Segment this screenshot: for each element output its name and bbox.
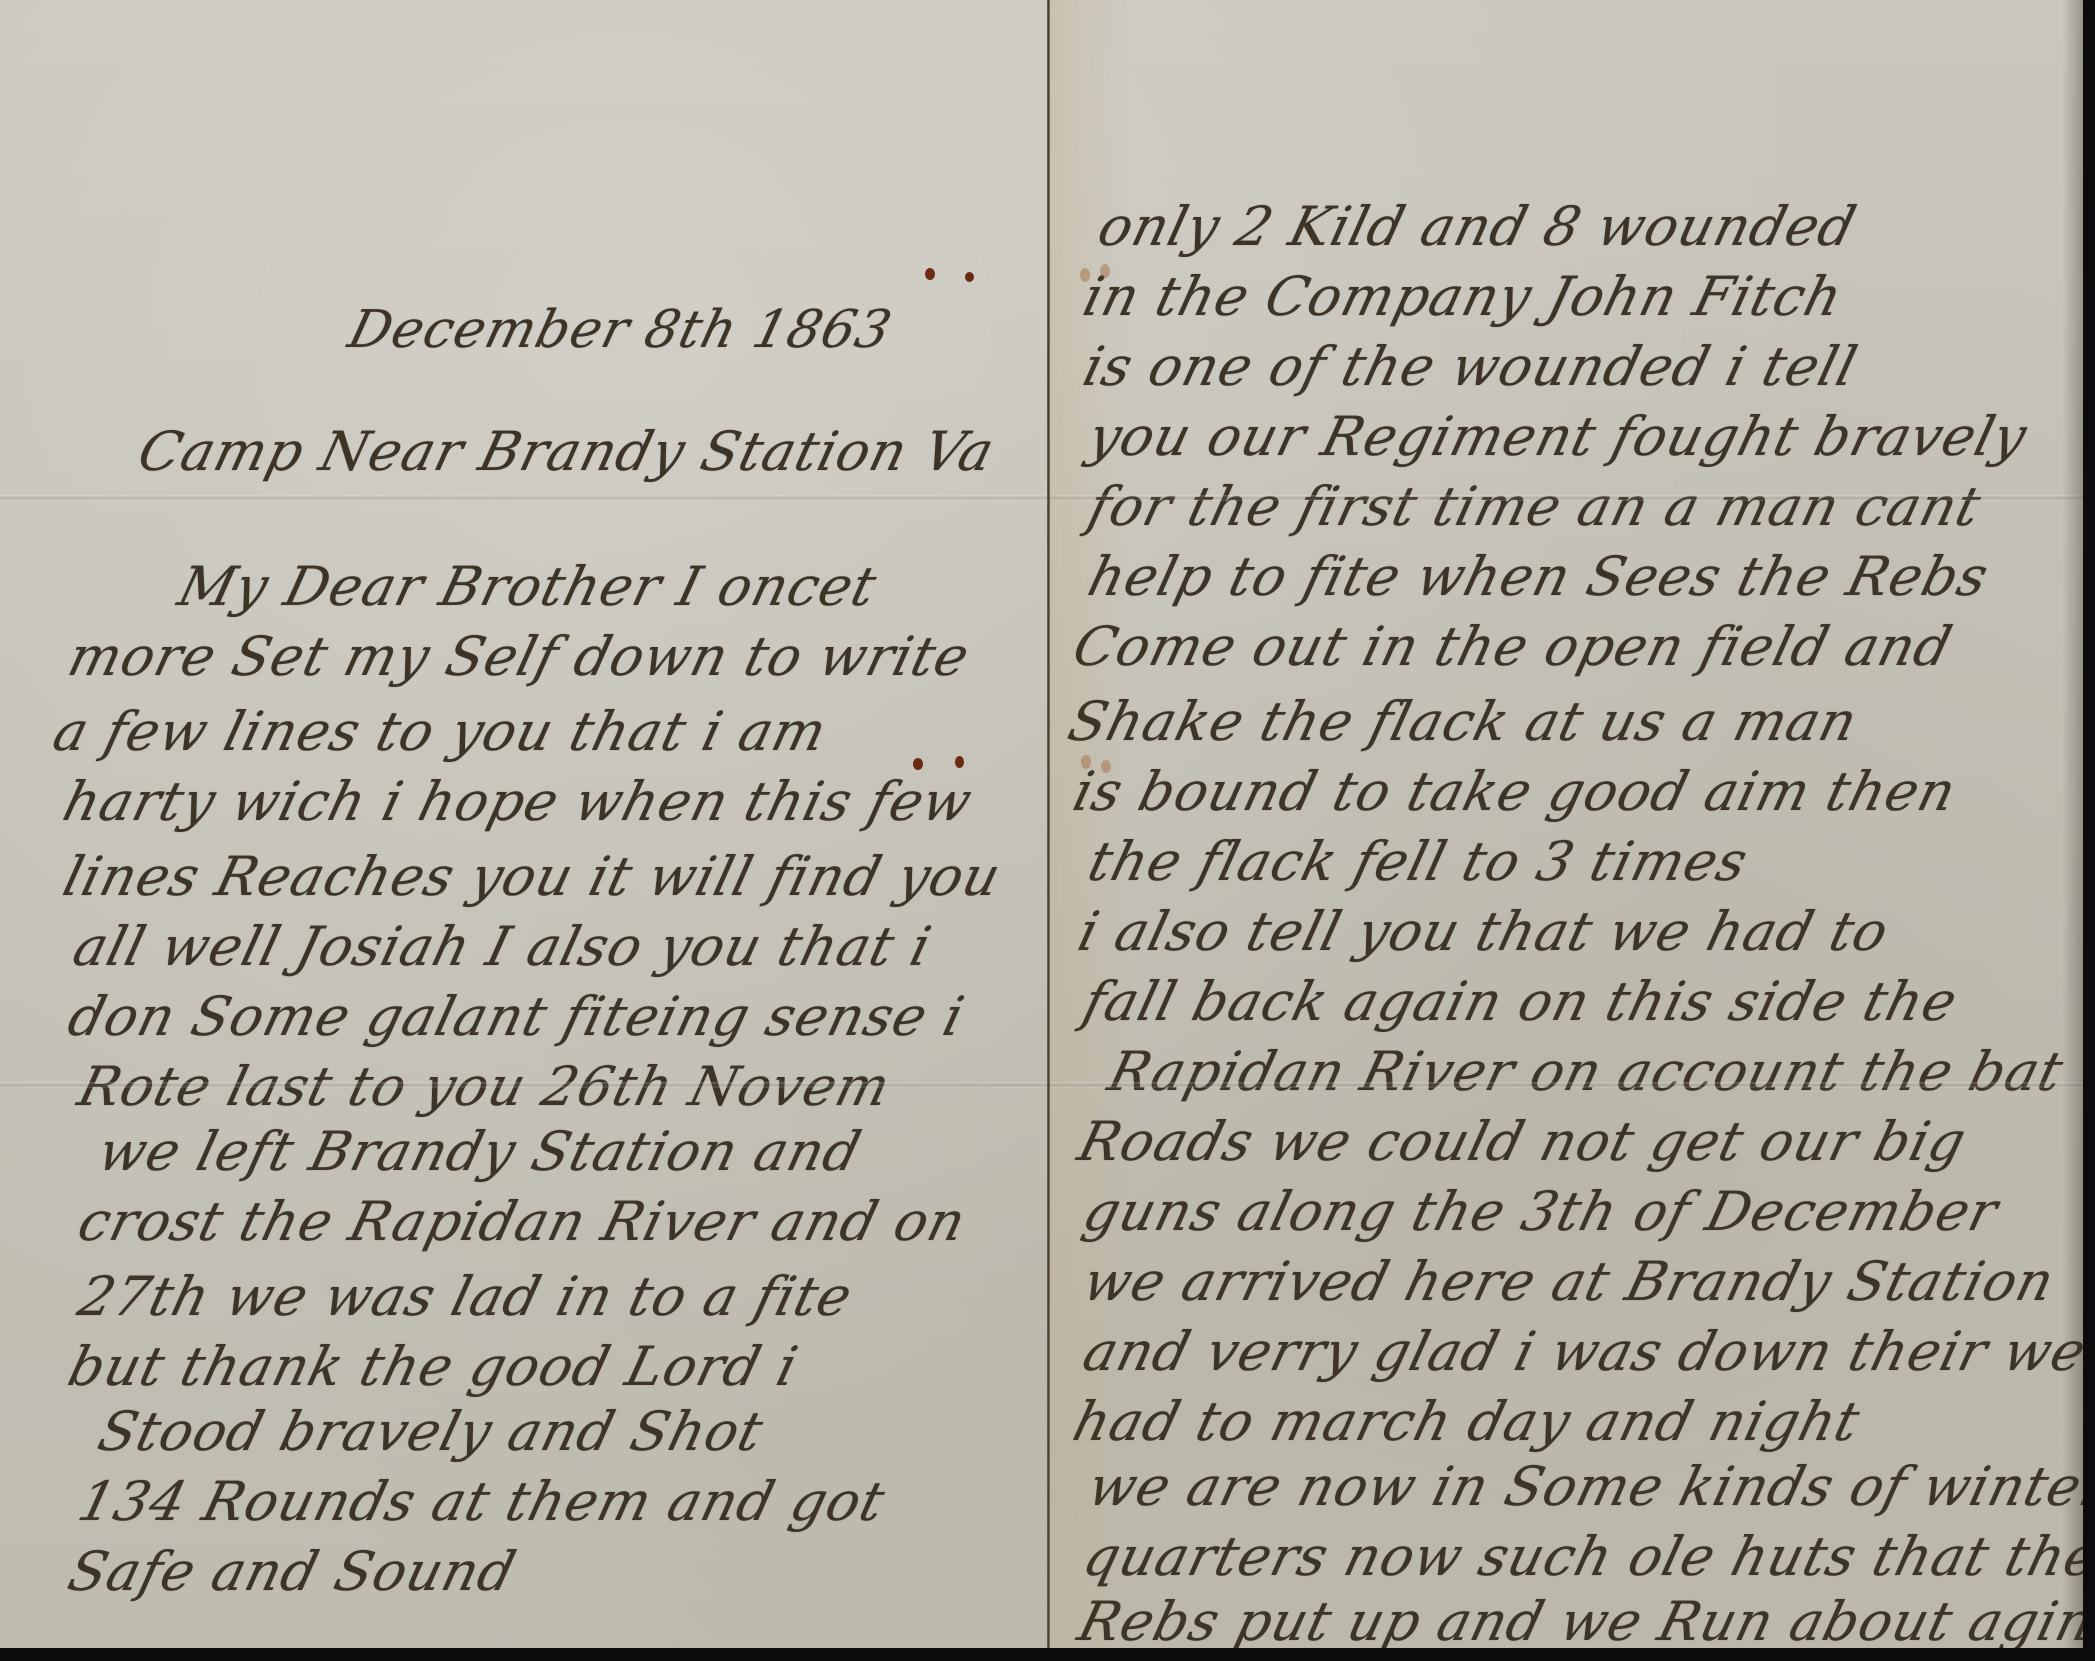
letter-line: only 2 Kild and 8 wounded (1092, 195, 1863, 258)
letter-line: 27th we was lad in to a fite (72, 1265, 859, 1328)
rust-stain (1081, 755, 1091, 769)
ink-stain (913, 758, 923, 770)
letter-line: and verry glad i was down their we (1077, 1320, 2083, 1383)
letter-line: Come out in the open field and (1067, 615, 1959, 678)
letter-line: had to march day and night (1067, 1390, 1866, 1453)
letter-line: Shake the flack at us a man (1062, 690, 1864, 753)
letter-line: Safe and Sound (62, 1540, 522, 1603)
letter-line: we arrived here at Brandy Station (1077, 1250, 2061, 1313)
letter-sheet: December 8th 1863 Camp Near Brandy Stati… (0, 0, 2083, 1648)
letter-line: harty wich i hope when this few (57, 770, 979, 833)
letter-line: the flack fell to 3 times (1082, 830, 1754, 893)
letter-line: fall back again on this side the (1077, 970, 1964, 1033)
letter-line: Roads we could not get our big (1072, 1110, 1973, 1173)
letter-line: in the Company John Fitch (1077, 265, 1849, 328)
page-edge-shadow (2062, 0, 2083, 1648)
horizontal-fold-crease (0, 495, 2083, 501)
letter-line: Rapidan River on account the bat (1102, 1040, 2070, 1103)
letter-line: guns along the 3th of December (1077, 1180, 2004, 1243)
rust-stain (1080, 268, 1090, 282)
letter-line: you our Regiment fought bravely (1082, 405, 2034, 468)
letter-line: crost the Rapidan River and on (72, 1190, 972, 1253)
letter-line: is one of the wounded i tell (1077, 335, 1864, 398)
date-line: December 8th 1863 (343, 300, 898, 360)
letter-line: 134 Rounds at them and got (72, 1470, 891, 1533)
letter-line: more Set my Self down to write (62, 625, 976, 688)
ink-stain (955, 756, 964, 768)
letter-line: but thank the good Lord i (62, 1335, 804, 1398)
letter-line: we are now in Some kinds of winter (1082, 1455, 2083, 1518)
ink-stain (925, 268, 935, 280)
letter-line: for the first time an a man cant (1082, 475, 1987, 538)
rust-stain (1100, 264, 1110, 278)
right-page: only 2 Kild and 8 wounded in the Company… (1050, 0, 2083, 1648)
horizontal-fold-crease (0, 1082, 2083, 1088)
letter-line: My Dear Brother I oncet (172, 555, 883, 618)
letter-line: i also tell you that we had to (1072, 900, 1895, 963)
ink-stain (965, 272, 974, 282)
letter-line: quarters now such ole huts that the (1077, 1525, 2083, 1588)
letter-line: Rebs put up and we Run about agin (1072, 1590, 2083, 1648)
location-line: Camp Near Brandy Station Va (132, 420, 1001, 483)
letter-line: is bound to take good aim then (1067, 760, 1963, 823)
letter-line: lines Reaches you it will find you (57, 845, 1007, 908)
letter-line: Stood bravely and Shot (92, 1400, 770, 1463)
center-fold (1047, 0, 1050, 1648)
rust-stain (1101, 760, 1111, 773)
letter-line: all well Josiah I also you that i (67, 915, 938, 978)
letter-line: help to fite when Sees the Rebs (1082, 545, 1995, 608)
letter-line: a few lines to you that i am (47, 700, 833, 763)
left-page: December 8th 1863 Camp Near Brandy Stati… (0, 0, 1048, 1648)
letter-line: don Some galant fiteing sense i (62, 985, 971, 1048)
letter-line: we left Brandy Station and (92, 1120, 868, 1183)
